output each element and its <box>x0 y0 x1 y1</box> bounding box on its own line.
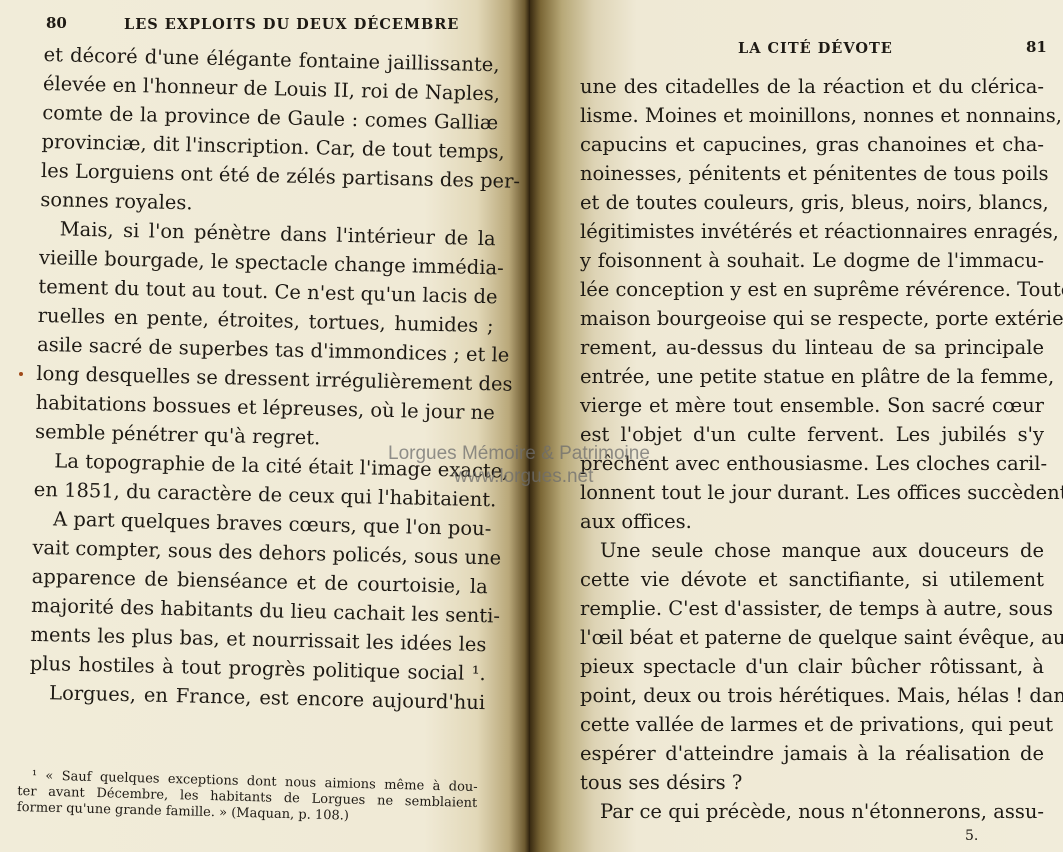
margin-mark <box>19 372 23 376</box>
text-line: et de toutes couleurs, gris, bleus, noir… <box>580 188 1044 217</box>
left-body-text: et décoré d'une élégante fontaine jailli… <box>29 40 500 717</box>
text-line: une des citadelles de la réaction et du … <box>580 72 1044 101</box>
page-number-right: 81 <box>1026 38 1047 56</box>
running-head-right: LA CITÉ DÉVOTE <box>738 40 893 57</box>
text-line: cette vallée de larmes et de privations,… <box>580 710 1044 739</box>
text-line: cette vie dévote et sanctifiante, si uti… <box>580 565 1044 594</box>
text-line: entrée, une petite statue en plâtre de l… <box>580 362 1044 391</box>
text-line: lisme. Moines et moinillons, nonnes et n… <box>580 101 1044 130</box>
text-line: maison bourgeoise qui se respecte, porte… <box>580 304 1044 333</box>
running-head-left: LES EXPLOITS DU DEUX DÉCEMBRE <box>124 16 459 33</box>
watermark-title: Lorgues Mémoire & Patrimoine <box>388 443 650 465</box>
text-line: l'œil béat et paterne de quelque saint é… <box>580 623 1044 652</box>
text-line: capucins et capucines, gras chanoines et… <box>580 130 1044 159</box>
text-line: noinesses, pénitents et pénitentes de to… <box>580 159 1044 188</box>
text-line: remplie. C'est d'assister, de temps à au… <box>580 594 1044 623</box>
text-line: vierge et mère tout ensemble. Son sacré … <box>580 391 1044 420</box>
text-line: rement, au-dessus du linteau de sa princ… <box>580 333 1044 362</box>
text-line: point, deux ou trois hérétiques. Mais, h… <box>580 681 1044 710</box>
signature-mark: 5. <box>965 828 978 844</box>
text-line: espérer d'atteindre jamais à la réalisat… <box>580 739 1044 768</box>
text-line: lée conception y est en suprême révérenc… <box>580 275 1044 304</box>
text-line: lonnent tout le jour durant. Les offices… <box>580 478 1044 507</box>
text-line: aux offices. <box>580 507 1044 536</box>
text-line: Une seule chose manque aux douceurs de <box>580 536 1044 565</box>
left-page: 80 LES EXPLOITS DU DEUX DÉCEMBRE et déco… <box>0 0 530 852</box>
page-number-left: 80 <box>46 14 67 32</box>
text-line: Par ce qui précède, nous n'étonnerons, a… <box>580 797 1044 826</box>
footnote: ¹ « Sauf quelques exceptions dont nous a… <box>17 768 478 828</box>
text-line: pieux spectacle d'un clair bûcher rôtiss… <box>580 652 1044 681</box>
text-line: y foisonnent à souhait. Le dogme de l'im… <box>580 246 1044 275</box>
text-line: tous ses désirs ? <box>580 768 1044 797</box>
watermark-url: www.lorgues.net <box>454 466 593 488</box>
text-line: légitimistes invétérés et réactionnaires… <box>580 217 1044 246</box>
